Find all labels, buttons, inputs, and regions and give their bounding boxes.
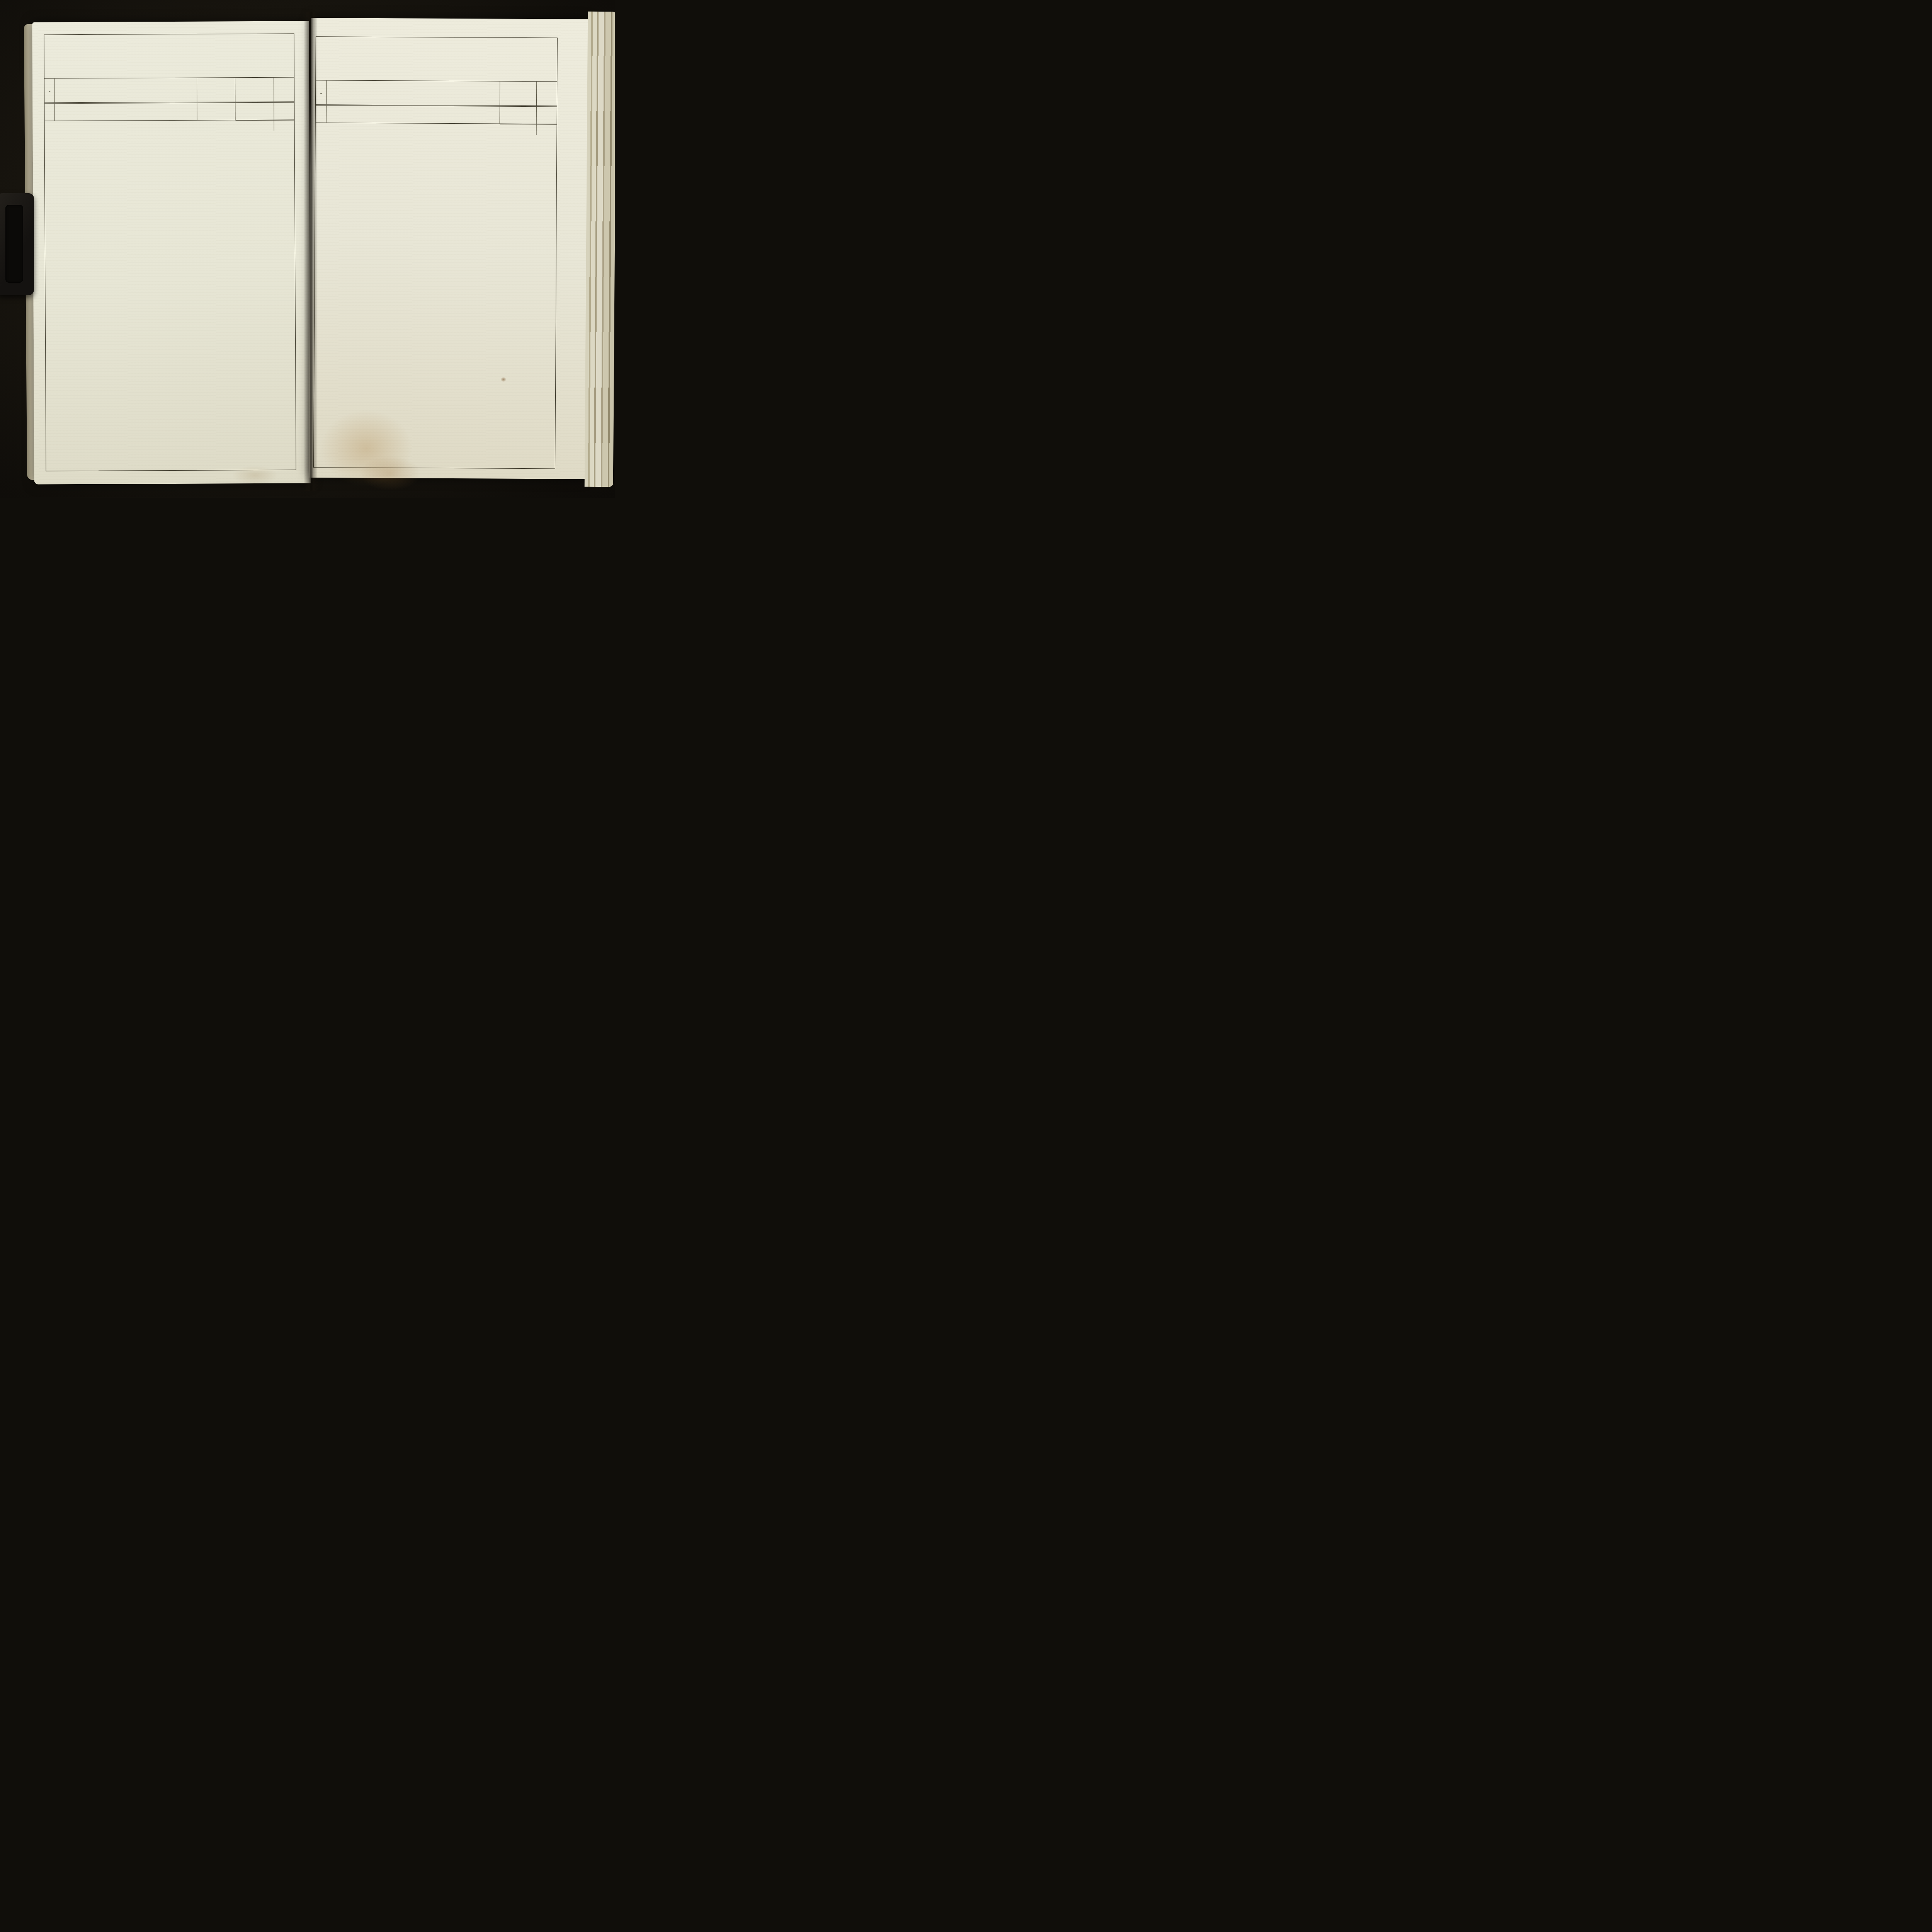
total-females-label	[316, 123, 500, 134]
binder-clip	[0, 193, 34, 295]
header-gender	[125, 90, 126, 91]
right-total-row	[316, 123, 557, 134]
document-title	[44, 40, 294, 41]
header-family	[320, 92, 322, 94]
left-table-header	[44, 78, 294, 104]
document-title	[316, 43, 557, 44]
left-total-row	[45, 120, 294, 132]
right-page	[309, 18, 590, 479]
right-page-stack-edges	[585, 12, 615, 487]
right-table-subheader	[316, 105, 557, 124]
header-prev-revision	[215, 89, 217, 90]
header-now-present	[283, 89, 285, 90]
total-males-value	[274, 120, 294, 131]
binder-clip-slot	[5, 205, 23, 283]
right-title-block	[316, 37, 557, 82]
book-scan	[0, 0, 615, 498]
left-page	[32, 21, 311, 484]
right-sheet-frame	[313, 36, 558, 469]
left-table-subheader	[44, 103, 294, 121]
total-spacer	[500, 124, 537, 135]
right-table-header	[316, 80, 557, 107]
left-sheet-frame	[44, 34, 296, 471]
header-family	[49, 90, 50, 92]
left-title-block	[44, 34, 294, 79]
book-gutter-shadow	[304, 12, 318, 491]
total-males-label	[45, 120, 236, 131]
total-females-value	[537, 124, 557, 134]
header-temporary-absence	[517, 93, 519, 94]
header-now-present	[546, 93, 548, 94]
header-gender	[412, 92, 414, 94]
header-departed	[254, 89, 255, 90]
total-spacer	[236, 120, 274, 131]
